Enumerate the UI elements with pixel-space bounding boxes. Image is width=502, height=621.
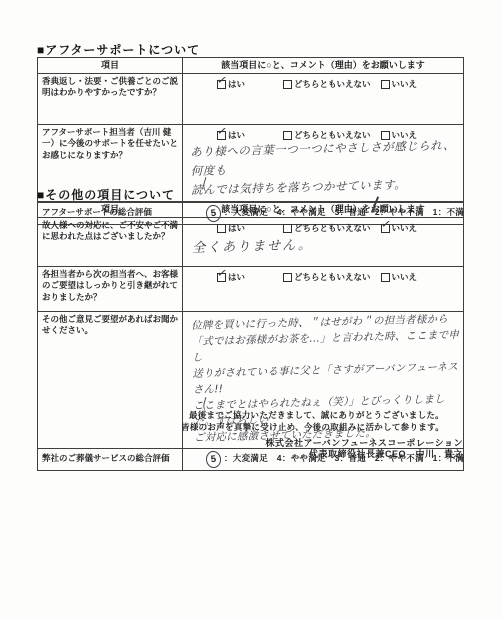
table-header-row: 項目 該当項目に○と、コメント（理由）をお願いします: [38, 58, 464, 74]
checkbox-label: どちらともいえない: [294, 223, 371, 235]
section-title-after-support: ■アフターサポートについて: [37, 41, 200, 58]
closing-message-line2: 皆様のお声を真摯に受け止め、今後の取組みに活かして参ります。: [181, 422, 444, 434]
ceo-name: 代表取締役社長兼CEO 中川 貴之: [265, 449, 463, 460]
checkbox-option-yes: はい: [217, 223, 245, 235]
checkbox-option-no: いいえ: [381, 79, 418, 91]
checkbox-option-neutral: どちらともいえない: [283, 223, 371, 235]
checkbox-option-neutral: どちらともいえない: [283, 79, 371, 91]
checkbox-label: いいえ: [392, 79, 418, 91]
checkbox-option-yes: ✓ はい: [217, 272, 245, 284]
checkbox-group: ✓ はい どちらともいえない いいえ: [187, 269, 459, 284]
closing-message-line1: 最後までご協力いただきまして、誠にありがとうございました。: [181, 410, 444, 422]
scanned-survey-sheet: ■アフターサポートについて 項目 該当項目に○と、コメント（理由）をお願いします…: [0, 0, 502, 621]
checkbox-icon: [283, 224, 292, 233]
checkbox-icon: ✓: [381, 224, 390, 233]
checkbox-icon: [381, 80, 390, 89]
closing-message: 最後までご協力いただきまして、誠にありがとうございました。 皆様のお声を真摯に受…: [181, 410, 444, 433]
column-header-response: 該当項目に○と、コメント（理由）をお願いします: [183, 58, 464, 74]
checkbox-label: どちらともいえない: [294, 79, 371, 91]
handwritten-comment: あり様への言葉一つ一つにやさしさが感じられ、何度も 読んでは気持ちを落ちつかせて…: [190, 136, 460, 200]
handwritten-checkmark: ✓: [216, 73, 228, 87]
rating-label: 弊社のご葬儀サービスの総合評価: [38, 448, 183, 470]
question-cell: 香典返し・法要・ご供養ごとのご説明はわかりやすかったですか？: [38, 73, 183, 124]
selected-score: 5: [210, 452, 217, 466]
checkbox-icon: ✓: [217, 273, 226, 282]
column-header-item: 項目: [38, 58, 183, 74]
checkbox-label: はい: [228, 223, 245, 235]
checkbox-group: はい どちらともいえない ✓ いいえ: [187, 220, 459, 235]
checkbox-icon: [283, 131, 292, 140]
checkbox-icon: ✓: [217, 80, 226, 89]
handwritten-checkmark: ✓: [216, 124, 228, 138]
table-row: 故人様への対応に、ご不安やご不満に思われた点はございましたか？ はい どちらとも…: [38, 217, 464, 266]
question-cell: 各担当者から次の担当者へ、お客様のご要望はしっかりと引き継がれておりましたか？: [38, 266, 183, 311]
checkbox-option-neutral: どちらともいえない: [283, 272, 371, 284]
checkbox-option-no: いいえ: [381, 272, 418, 284]
checkbox-label: はい: [228, 79, 245, 91]
handwritten-comment: 全くありません。: [192, 235, 459, 256]
checkbox-option-yes: ✓ はい: [217, 130, 245, 142]
handwritten-checkmark: ✓: [216, 266, 228, 280]
checkbox-icon: [217, 224, 226, 233]
column-header-response: 該当項目に○と、コメント（理由）をお願いします: [183, 202, 464, 218]
checkbox-icon: ✓: [217, 131, 226, 140]
question-cell: その他ご意見ご要望があればお聞かせください。: [38, 311, 183, 448]
table-row: 香典返し・法要・ご供養ごとのご説明はわかりやすかったですか？ ✓ はい どちらと…: [38, 73, 464, 124]
answer-cell: ✓ はい どちらともいえない いいえ あり様への言葉一つ一つにやさしさが感じられ…: [183, 124, 464, 202]
signature-block: 株式会社アーバンフューネスコーポレーション 代表取締役社長兼CEO 中川 貴之: [265, 438, 463, 460]
checkbox-label: はい: [228, 272, 245, 284]
checkbox-group: ✓ はい どちらともいえない いいえ: [187, 76, 459, 91]
answer-cell: はい どちらともいえない ✓ いいえ 全くありません。: [183, 217, 464, 266]
circled-score-5: 5: [205, 450, 222, 468]
checkbox-label: いいえ: [392, 223, 418, 235]
checkbox-icon: [283, 80, 292, 89]
checkbox-label: はい: [228, 130, 245, 142]
column-header-item: 項目: [38, 202, 183, 218]
table-header-row: 項目 該当項目に○と、コメント（理由）をお願いします: [38, 202, 464, 218]
checkbox-label: どちらともいえない: [294, 272, 371, 284]
checkbox-label: いいえ: [392, 272, 418, 284]
checkbox-icon: [283, 273, 292, 282]
company-name: 株式会社アーバンフューネスコーポレーション: [265, 438, 463, 449]
table-row: 各担当者から次の担当者へ、お客様のご要望はしっかりと引き継がれておりましたか？ …: [38, 266, 464, 311]
answer-cell: ✓ はい どちらともいえない いいえ: [183, 73, 464, 124]
answer-cell: ✓ はい どちらともいえない いいえ: [183, 266, 464, 311]
checkbox-icon: [381, 273, 390, 282]
handwritten-checkmark: ✓: [380, 217, 392, 231]
checkbox-option-no: ✓ いいえ: [381, 223, 418, 235]
question-cell: 故人様への対応に、ご不安やご不満に思われた点はございましたか？: [38, 217, 183, 266]
checkbox-option-yes: ✓ はい: [217, 79, 245, 91]
